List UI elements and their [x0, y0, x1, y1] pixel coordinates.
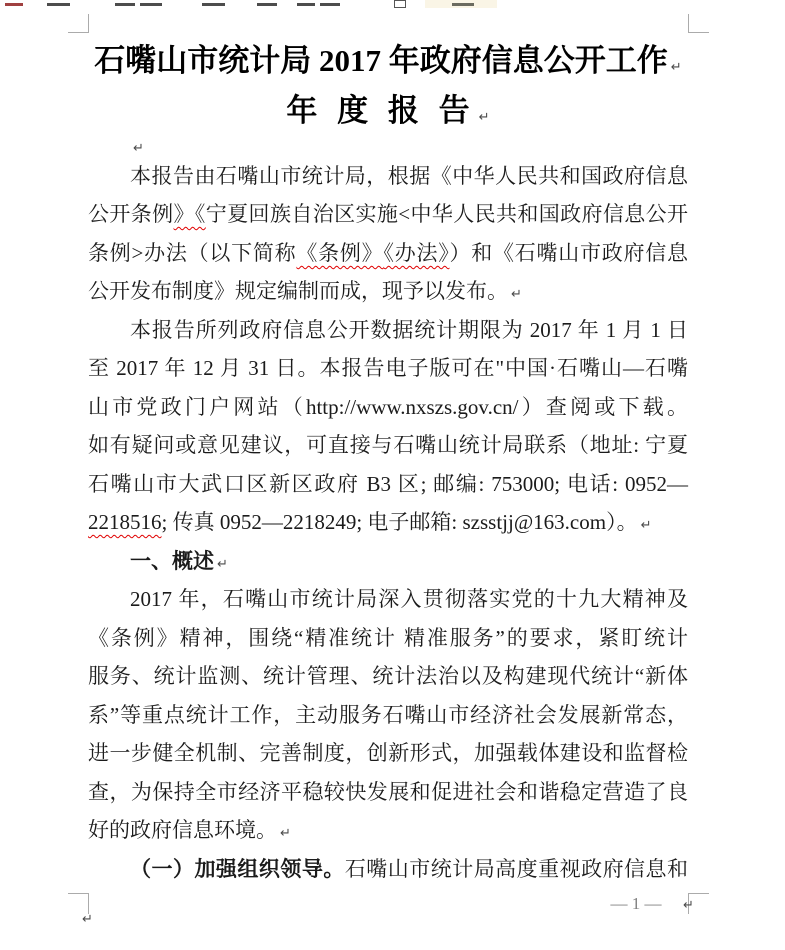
paragraph-mark-icon: ↵	[476, 110, 490, 125]
body-line: 石嘴山市大武口区新区政府 B3 区; 邮编: 753000; 电话: 0952—	[88, 465, 688, 504]
toolbar-fragment	[47, 3, 70, 6]
bold-lead-in: （一）加强组织领导。	[130, 857, 345, 881]
body-line: 《条例》精神，围绕“精准统计 精准服务”的要求，紧盯统计	[88, 619, 688, 658]
spellcheck-squiggle: 2218516	[88, 510, 162, 534]
toolbar-fragment	[257, 3, 277, 6]
body-line: 本报告所列政府信息公开数据统计期限为 2017 年 1 月 1 日	[88, 311, 688, 350]
toolbar-fragment	[297, 3, 315, 6]
paragraph-mark-icon: ↵	[277, 826, 291, 841]
body-line: 山市党政门户网站（http://www.nxszs.gov.cn/）查阅或下载。	[88, 388, 688, 427]
body-line: 进一步健全机制、完善制度，创新形式，加强载体建设和监督检	[88, 734, 688, 773]
paragraph-mark-icon: ↵	[638, 518, 652, 533]
heading-text: 一、概述	[130, 550, 214, 573]
body-line: 至 2017 年 12 月 31 日。本报告电子版可在"中国·石嘴山—石嘴	[88, 349, 688, 388]
body-line: 系”等重点统计工作，主动服务石嘴山市经济社会发展新常态，	[88, 696, 688, 735]
text-segment: ）和《石嘴山市政府信息	[449, 241, 688, 265]
toolbar-fragment	[320, 3, 340, 6]
document-page: { "toolbar": { "highlight_color": "#faf5…	[0, 0, 785, 950]
paragraph-mark-icon: ↵	[82, 912, 93, 927]
crop-mark-top-left	[68, 14, 89, 33]
body-line: 查，为保持全市经济平稳较快发展和促进社会和谐稳定营造了良	[88, 773, 688, 812]
paragraph-mark-icon: ↵	[130, 141, 144, 156]
paragraph-mark-icon: ↵	[668, 60, 682, 75]
toolbar-fragment	[115, 3, 135, 6]
text-segment: 石嘴山市统计局高度重视政府信息和	[345, 857, 688, 881]
toolbar-highlighted-item[interactable]	[425, 0, 497, 8]
doc-title-line-1: 石嘴山市统计局 2017 年政府信息公开工作↵	[88, 36, 688, 86]
body-line: 条例>办法（以下简称《条例》《办法》）和《石嘴山市政府信息	[88, 234, 688, 273]
body-line: 2218516; 传真 0952—2218249; 电子邮箱: szsstjj@…	[88, 503, 688, 542]
body-line: 公开发布制度》规定编制而成，现予以发布。↵	[88, 272, 688, 311]
body-line: 好的政府信息环境。↵	[88, 811, 688, 850]
spellcheck-squiggle: 《条例》	[296, 241, 383, 265]
paragraph-mark-icon: ↵	[214, 557, 228, 572]
spellcheck-squiggle: 《办法》	[383, 241, 449, 265]
crop-mark-top-right	[688, 14, 709, 33]
title-text: 年 度 报 告	[286, 93, 475, 128]
text-segment: ; 传真 0952—2218249; 电子邮箱: szsstjj@163.com…	[162, 510, 638, 534]
toolbar-fragment	[452, 3, 474, 6]
section-heading-overview: 一、概述↵	[88, 542, 688, 581]
toolbar-fragment	[5, 3, 23, 6]
title-text: 石嘴山市统计局 2017 年政府信息公开工作	[94, 43, 668, 78]
body-line: 如有疑问或意见建议，可直接与石嘴山统计局联系（地址: 宁夏	[88, 426, 688, 465]
toolbar-sliver	[0, 0, 785, 8]
text-segment: 公开发布制度》规定编制而成，现予以发布。	[88, 279, 508, 303]
body-line: 2017 年，石嘴山市统计局深入贯彻落实党的十九大精神及	[88, 580, 688, 619]
toolbar-fragment	[140, 3, 162, 6]
toolbar-fragment	[202, 3, 225, 6]
spellcheck-squiggle: 》《	[174, 202, 206, 226]
text-segment: 条例>办法（以下简称	[88, 241, 296, 265]
text-segment: 宁夏回族自治区实施<中华人民共和国政府信息公开	[206, 202, 688, 226]
body-line: 本报告由石嘴山市统计局，根据《中华人民共和国政府信息	[88, 157, 688, 196]
body-line: （一）加强组织领导。石嘴山市统计局高度重视政府信息和	[88, 850, 688, 889]
paragraph-mark-icon: ↵	[508, 287, 522, 302]
text-segment: 好的政府信息环境。	[88, 818, 277, 842]
body-line: 公开条例》《宁夏回族自治区实施<中华人民共和国政府信息公开	[88, 195, 688, 234]
paragraph-mark-icon: ↵	[683, 898, 694, 913]
body-line: 服务、统计监测、统计管理、统计法治以及构建现代统计“新体	[88, 657, 688, 696]
crop-mark-bottom-left	[68, 893, 89, 914]
page-number: — 1 —	[588, 894, 684, 914]
toolbar-icon-fragment	[394, 0, 406, 8]
text-segment: 公开条例	[88, 202, 174, 226]
